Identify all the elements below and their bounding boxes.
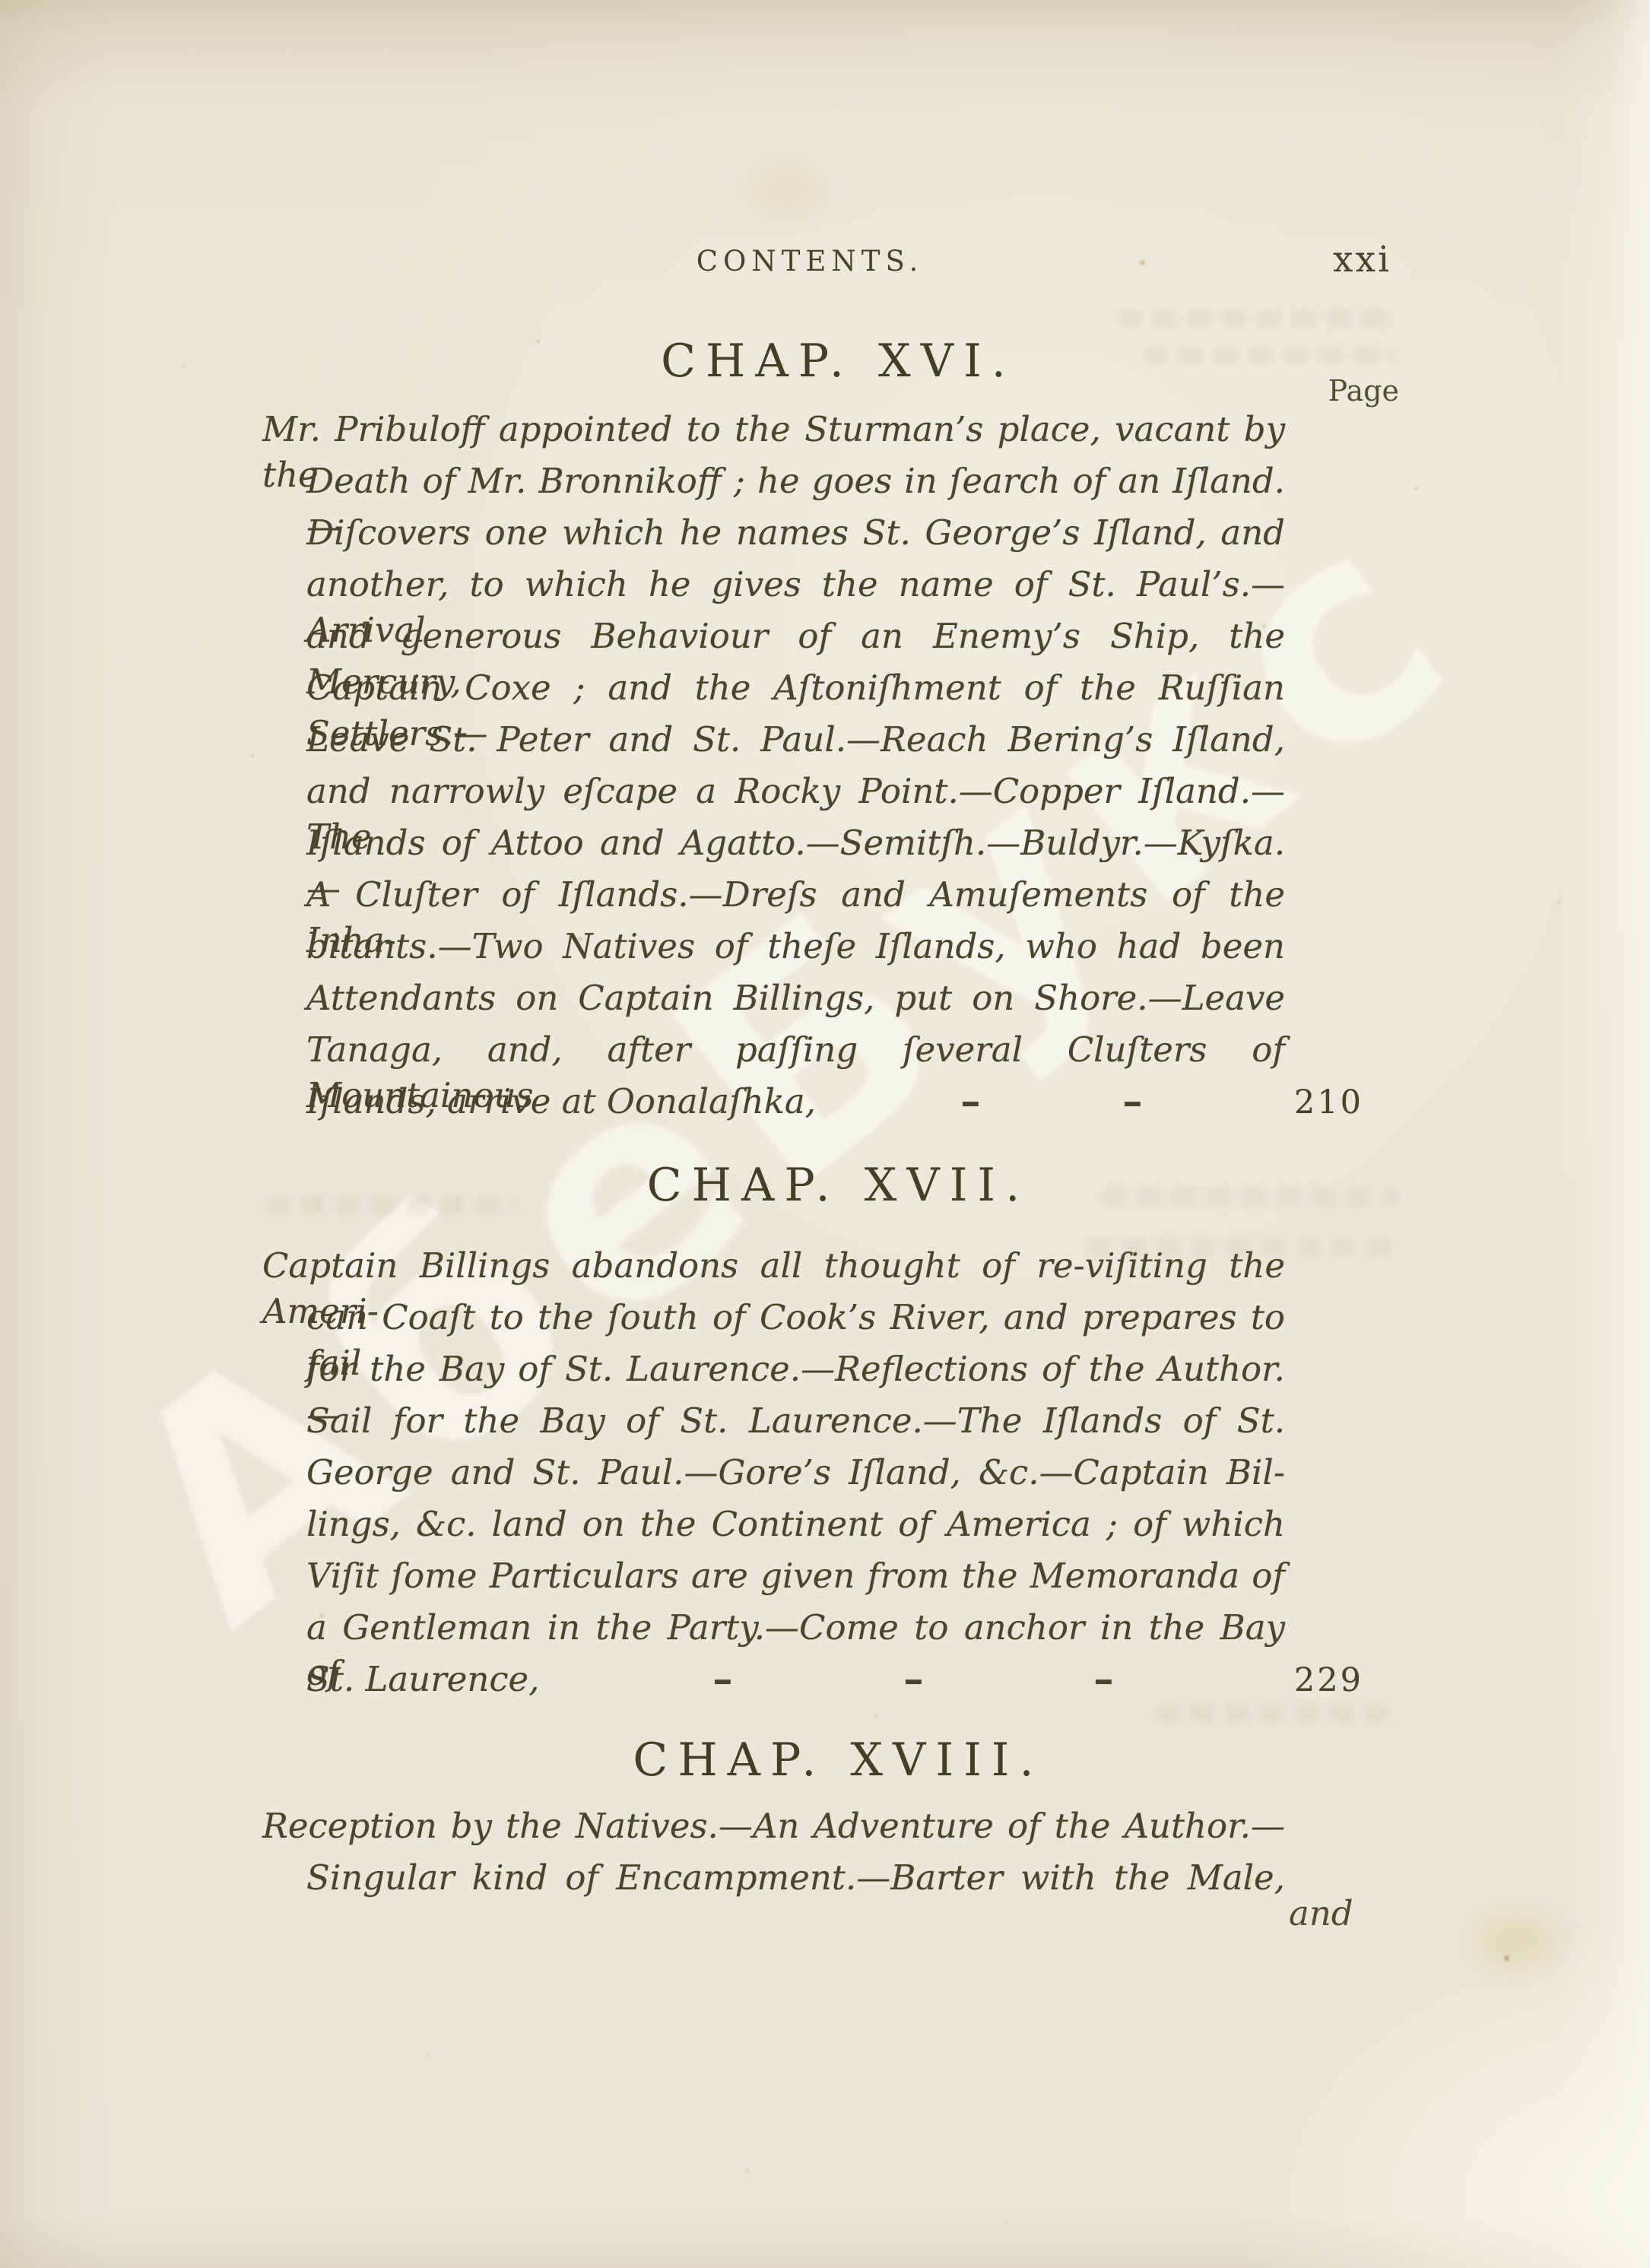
leader-dash: - — [1093, 1657, 1115, 1702]
leader-dash: - — [712, 1657, 734, 1702]
paper-speck — [426, 2053, 430, 2057]
chapter-heading: CHAP. XVI. — [251, 335, 1426, 388]
toc-entry-line: George and St. Paul.—Gore’s Iſland, &c.—… — [306, 1450, 1285, 1496]
chapter-heading: CHAP. XVIII. — [251, 1734, 1426, 1787]
paper-speck — [1504, 1956, 1509, 1961]
toc-entry-line: bitants.—Two Natives of theſe Iſlands, w… — [306, 924, 1285, 969]
paper-speck — [874, 1714, 878, 1718]
toc-entry-text: Iſlands, arrive at Oonalaſhka, — [306, 1079, 816, 1124]
toc-entry-line: Sail for the Bay of St. Laurence.—The Iſ… — [306, 1398, 1285, 1444]
folio-page-number: xxi — [1293, 239, 1391, 281]
paper-speck — [745, 2168, 750, 2173]
scanned-book-page: АбеБукс CONTENTS. xxi Page CHAP. XVI.Mr.… — [0, 0, 1650, 2268]
toc-entry-line: Singular kind of Encampment.—Barter with… — [306, 1855, 1285, 1901]
paper-stain — [1475, 1912, 1559, 1973]
paper-speck — [1557, 901, 1561, 905]
toc-entry-line: Leave St. Peter and St. Paul.—Reach Beri… — [306, 717, 1285, 763]
toc-entry-line: Viſit ſome Particulars are given from th… — [306, 1553, 1285, 1599]
running-title: CONTENTS. — [228, 245, 1391, 278]
paper-speck — [1414, 487, 1418, 490]
toc-entry-line: Attendants on Captain Billings, put on S… — [306, 975, 1285, 1021]
toc-entry-line: Diſcovers one which he names St. George’… — [306, 510, 1285, 556]
toc-entry-lastline: St. Laurence,---229 — [306, 1657, 1363, 1703]
chapter-heading: CHAP. XVII. — [251, 1159, 1426, 1212]
leader-dash: - — [903, 1657, 924, 1702]
leader-dash: - — [1122, 1079, 1143, 1124]
catchword: and — [1289, 1893, 1372, 1933]
paper-stain — [753, 167, 821, 213]
toc-entry-lastline: Iſlands, arrive at Oonalaſhka,--210 — [306, 1079, 1363, 1125]
paper-speck — [182, 365, 186, 368]
chapter-page-number: 210 — [1287, 1080, 1363, 1125]
toc-entry-text: St. Laurence, — [306, 1657, 539, 1702]
show-through-ghost — [1118, 309, 1399, 328]
toc-entry-line: Reception by the Natives.—An Adventure o… — [262, 1803, 1285, 1849]
show-through-ghost — [1156, 1705, 1391, 1723]
leader-dash: - — [960, 1079, 982, 1124]
paper-speck — [1004, 2220, 1007, 2224]
toc-entry-line: lings, &c. land on the Continent of Amer… — [306, 1502, 1285, 1547]
chapter-page-number: 229 — [1287, 1657, 1363, 1703]
paper-speck — [251, 754, 254, 757]
